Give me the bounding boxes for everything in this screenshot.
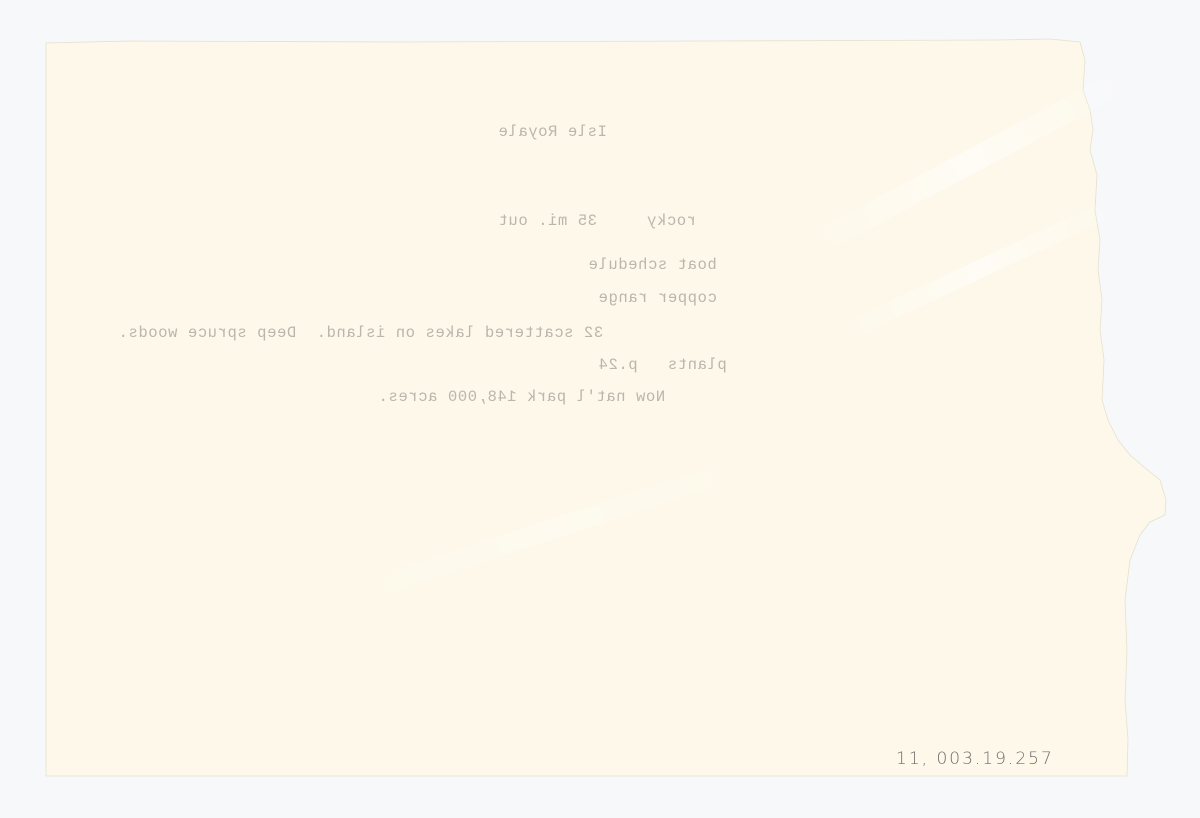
typed-line: 32 scattered lakes on island. Deep spruc… (118, 324, 760, 342)
typed-line: Now nat'l park 148,000 acres. (378, 388, 760, 406)
typed-line: rocky 35 mi. out (498, 212, 760, 230)
typed-line: boat schedule (588, 256, 760, 274)
catalog-number: 11, 003.19.257 (896, 749, 1054, 769)
typed-line: copper range (598, 289, 760, 307)
typed-line: plants p.24 (598, 356, 760, 374)
document-title: Isle Royale (498, 123, 640, 141)
